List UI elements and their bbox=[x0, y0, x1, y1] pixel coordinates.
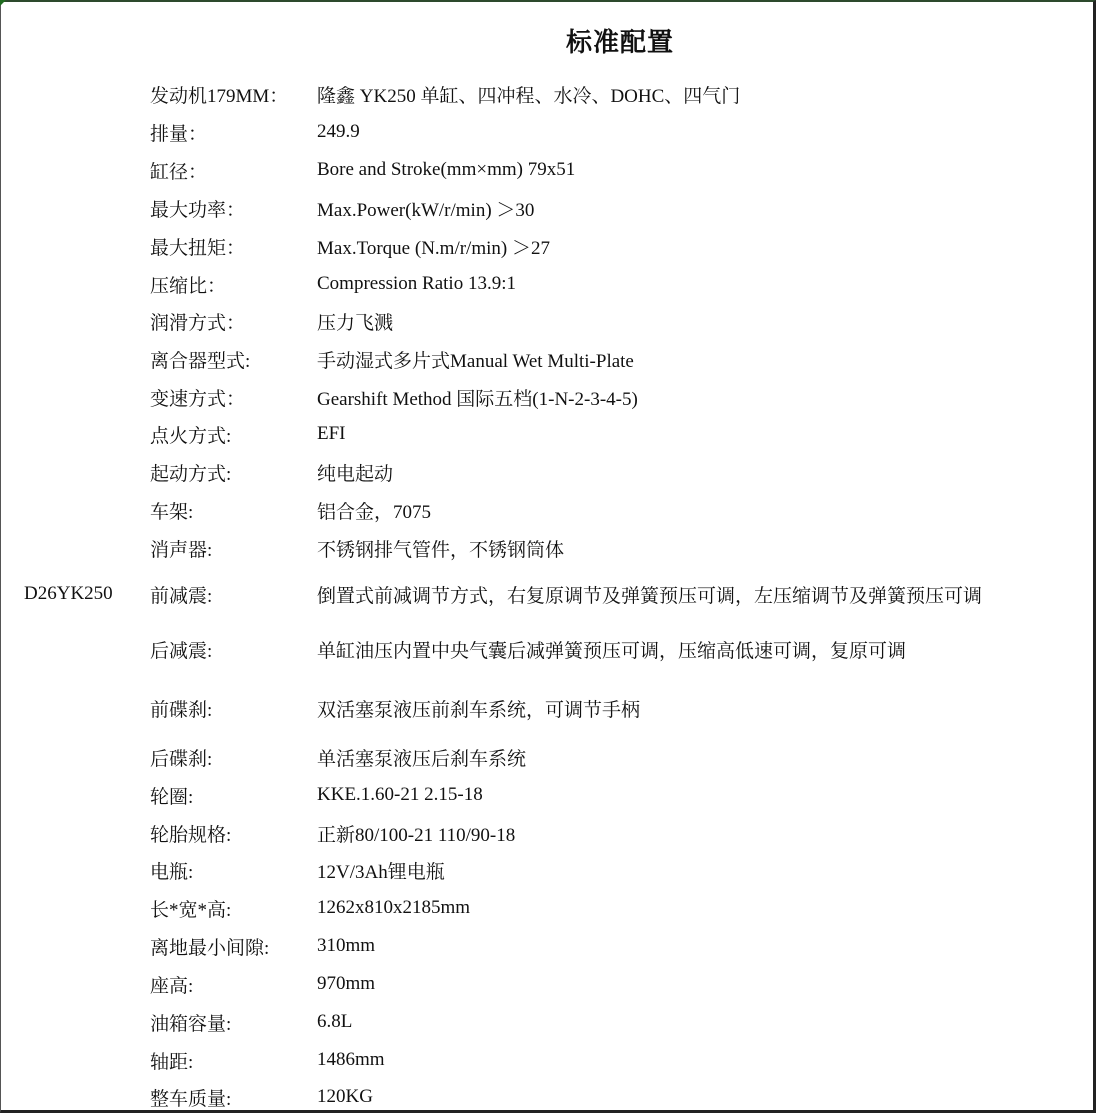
model-label: D26YK250 bbox=[24, 583, 113, 605]
spec-label: 前碟刹: bbox=[150, 695, 317, 722]
spec-value: Bore and Stroke(mm×mm) 79x51 bbox=[317, 159, 575, 181]
spec-value: Max.Torque (N.m/r/min) ＞27 bbox=[317, 233, 550, 260]
spec-label: 轮胎规格: bbox=[150, 820, 317, 847]
corner-marker bbox=[0, 0, 6, 6]
spec-value: 单缸油压内置中央气囊后减弹簧预压可调，压缩高低速可调，复原可调 bbox=[317, 636, 906, 663]
spec-row: 座高:970mm bbox=[150, 969, 375, 999]
spec-row: 发动机179MM：隆鑫 YK250 单缸、四冲程、水冷、DOHC、四气门 bbox=[150, 79, 740, 109]
spec-row: 车架:铝合金，7075 bbox=[150, 495, 431, 525]
spec-label: 排量： bbox=[150, 119, 317, 146]
spec-row: 轮胎规格:正新80/100-21 110/90-18 bbox=[150, 818, 515, 848]
spec-value: 纯电起动 bbox=[317, 459, 393, 486]
spec-row: 离合器型式:手动湿式多片式Manual Wet Multi-Plate bbox=[150, 344, 634, 374]
spec-row: 消声器:不锈钢排气管件，不锈钢筒体 bbox=[150, 533, 564, 563]
spec-value: Max.Power(kW/r/min) ＞30 bbox=[317, 195, 534, 222]
spec-row: 油箱容量:6.8L bbox=[150, 1007, 352, 1037]
spec-label: 座高: bbox=[150, 971, 317, 998]
spec-row: 润滑方式：压力飞溅 bbox=[150, 306, 393, 336]
spec-value: 正新80/100-21 110/90-18 bbox=[317, 820, 515, 847]
spec-value: 隆鑫 YK250 单缸、四冲程、水冷、DOHC、四气门 bbox=[317, 81, 740, 108]
spec-label: 车架: bbox=[150, 497, 317, 524]
spec-value: 1262x810x2185mm bbox=[317, 897, 470, 919]
spec-value: 120KG bbox=[317, 1086, 373, 1108]
spec-row: 最大功率：Max.Power(kW/r/min) ＞30 bbox=[150, 193, 534, 223]
spec-value: 310mm bbox=[317, 935, 375, 957]
spec-row: 电瓶:12V/3Ah锂电瓶 bbox=[150, 855, 445, 885]
spec-value: 压力飞溅 bbox=[317, 308, 393, 335]
spec-value: 12V/3Ah锂电瓶 bbox=[317, 857, 445, 884]
spec-label: 起动方式: bbox=[150, 459, 317, 486]
spec-row: 排量：249.9 bbox=[150, 117, 360, 147]
spec-value: 单活塞泵液压后刹车系统 bbox=[317, 744, 526, 771]
spec-value: 6.8L bbox=[317, 1011, 352, 1033]
spec-value: 249.9 bbox=[317, 121, 360, 143]
spec-row: 缸径：Bore and Stroke(mm×mm) 79x51 bbox=[150, 155, 575, 185]
spec-label: 缸径： bbox=[150, 157, 317, 184]
spec-value: Gearshift Method 国际五档(1-N-2-3-4-5) bbox=[317, 384, 638, 411]
spec-value: 手动湿式多片式Manual Wet Multi-Plate bbox=[317, 346, 634, 373]
spec-value: 倒置式前减调节方式，右复原调节及弹簧预压可调，左压缩调节及弹簧预压可调 bbox=[317, 581, 982, 608]
spec-row: 最大扭矩：Max.Torque (N.m/r/min) ＞27 bbox=[150, 231, 550, 261]
spec-value: 铝合金，7075 bbox=[317, 497, 431, 524]
spec-row: 轴距:1486mm bbox=[150, 1045, 385, 1075]
spec-value: 970mm bbox=[317, 973, 375, 995]
spec-label: 离合器型式: bbox=[150, 346, 317, 373]
spec-label: 发动机179MM： bbox=[150, 81, 317, 108]
spec-value: 不锈钢排气管件，不锈钢筒体 bbox=[317, 535, 564, 562]
spec-label: 消声器: bbox=[150, 535, 317, 562]
spec-row: 轮圈:KKE.1.60-21 2.15-18 bbox=[150, 780, 483, 810]
spec-label: 后减震: bbox=[150, 636, 317, 663]
spec-row: 变速方式：Gearshift Method 国际五档(1-N-2-3-4-5) bbox=[150, 382, 638, 412]
spec-label: 轴距: bbox=[150, 1047, 317, 1074]
spec-row: 长*宽*高:1262x810x2185mm bbox=[150, 893, 470, 923]
spec-value: KKE.1.60-21 2.15-18 bbox=[317, 784, 483, 806]
spec-label: 压缩比： bbox=[150, 271, 317, 298]
spec-label: 后碟刹: bbox=[150, 744, 317, 771]
spec-label: 油箱容量: bbox=[150, 1009, 317, 1036]
spec-row: 后碟刹:单活塞泵液压后刹车系统 bbox=[150, 742, 526, 772]
spec-value: EFI bbox=[317, 423, 346, 445]
spec-row: 后减震:单缸油压内置中央气囊后减弹簧预压可调，压缩高低速可调，复原可调 bbox=[150, 634, 906, 664]
spec-label: 最大功率： bbox=[150, 195, 317, 222]
spec-row: 压缩比：Compression Ratio 13.9:1 bbox=[150, 269, 516, 299]
spec-label: 点火方式: bbox=[150, 421, 317, 448]
spec-label: 变速方式： bbox=[150, 384, 317, 411]
spec-value: 双活塞泵液压前刹车系统，可调节手柄 bbox=[317, 695, 640, 722]
spec-label: 轮圈: bbox=[150, 782, 317, 809]
spec-value: Compression Ratio 13.9:1 bbox=[317, 273, 516, 295]
spec-row: 前碟刹:双活塞泵液压前刹车系统，可调节手柄 bbox=[150, 693, 640, 723]
spec-row: 整车质量:120KG bbox=[150, 1082, 373, 1112]
spec-label: 整车质量: bbox=[150, 1084, 317, 1111]
spec-label: 前减震: bbox=[150, 581, 317, 608]
spec-row: 离地最小间隙:310mm bbox=[150, 931, 375, 961]
spec-label: 润滑方式： bbox=[150, 308, 317, 335]
spec-label: 最大扭矩： bbox=[150, 233, 317, 260]
spec-row: 起动方式:纯电起动 bbox=[150, 457, 393, 487]
spec-row: 前减震:倒置式前减调节方式，右复原调节及弹簧预压可调，左压缩调节及弹簧预压可调 bbox=[150, 579, 982, 609]
spec-value: 1486mm bbox=[317, 1049, 385, 1071]
spec-label: 长*宽*高: bbox=[150, 895, 317, 922]
page-title: 标准配置 bbox=[566, 22, 674, 59]
spec-label: 离地最小间隙: bbox=[150, 933, 317, 960]
spec-label: 电瓶: bbox=[150, 857, 317, 884]
spec-row: 点火方式:EFI bbox=[150, 419, 346, 449]
